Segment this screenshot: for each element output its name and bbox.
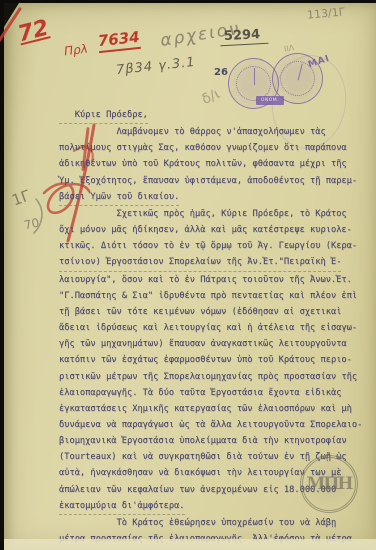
- letter-line: Λαμβάνομεν τὸ θάρρος ν'ἀπασχολήσωμεν τὰς: [59, 124, 326, 140]
- letter-line: πολυτίμους στιγμὰς Σας, καθόσον γνωρίζομ…: [59, 140, 347, 156]
- letter-line: "Γ.Πασπάτης & Σια" ἱδρυθέντα πρὸ πενταετ…: [59, 288, 357, 304]
- letter-line: τῇ βάσει τῶν τότε κειμένων νόμων (ἐδόθησ…: [59, 304, 341, 320]
- watermark-letters: ΜΠΗ: [307, 474, 352, 494]
- stamp-box: ΟΝΟΜ.: [256, 96, 284, 105]
- letter-line: ἐλαιοπαραγωγῆς. Τὰ δύο ταῦτα Ἐργοστάσια …: [59, 385, 341, 401]
- stamp-day: 26: [214, 67, 228, 78]
- pencil-archive-number: 5294: [220, 27, 269, 46]
- letter-line: γῆς τῶν μηχανημάτων) ἔπαυσαν ἀναγκαστικῶ…: [59, 336, 347, 352]
- watermark-tip: c: [327, 451, 331, 460]
- scanned-letter-screenshot: 113/1Γ 72 Πρλ 7634 αρχειον 5294 7β34 γ.3…: [0, 0, 376, 550]
- letter-line: ἄδειαι ἱδρύσεως καὶ λειτουργίας καὶ ἡ ἀτ…: [59, 320, 357, 336]
- letter-line: Τὸ Κράτος ἐθεώρησεν ὑποχρέωσίν του νὰ λά…: [59, 515, 336, 531]
- pencil-squiggle: δ/ι: [199, 86, 222, 108]
- letter-line: ἀπώλειαν τῶν κεφαλαίων των ἀνερχομένων ε…: [59, 482, 336, 498]
- letter-line: κατόπιν τῶν ἐσχάτως ἐφαρμοσθέντων ὑπὸ το…: [59, 352, 352, 368]
- letter-line: βάσει Ὑμῶν τοῦ δικαίου.: [59, 189, 179, 206]
- letter-line: ἐγκαταστάσεις Χημικῆς κατεργασίας τῶν ἐλ…: [59, 401, 352, 417]
- pencil-date-note: 7β34 γ.3.1: [115, 55, 196, 78]
- letter-line: κτικῶς. Διότι τόσον τὸ ἐν τῷ ὅρμῳ τοῦ Ἁγ…: [59, 238, 357, 254]
- letter-line: αὐτὰ, ἠναγκάσθησαν νὰ διακόψωσι τὴν λειτ…: [59, 465, 341, 481]
- letter-line: λαιουργία", ὅσον καὶ τὸ ἐν Πάτραις τοιοῦ…: [59, 272, 352, 288]
- letter-line: (Tourteaux) καὶ νὰ συγκρατηθῶσι διὰ τούτ…: [59, 449, 347, 465]
- red-index-number: 72: [15, 16, 51, 48]
- letter-line: ριστικῶν μέτρων τῆς Σπορελαιομηχανίας πρ…: [59, 369, 357, 385]
- letter-line: ἑκατομμύρια δι'ἀμφότερα.: [59, 498, 185, 515]
- scan-bottom-edge: [4, 539, 376, 550]
- paper: 113/1Γ 72 Πρλ 7634 αρχειον 5294 7β34 γ.3…: [4, 3, 376, 550]
- archive-watermark: c ΜΠΗ: [300, 455, 358, 513]
- letter-line: Ὑμ. Ἐξοχότητος, ἔπαυσαν ὑφιστάμενα, ἀποδ…: [59, 173, 357, 189]
- letter-line: δυνάμενα νὰ παραγάγωσι ὡς τὰ ἄλλα λειτου…: [59, 417, 362, 433]
- letter-line: ὄχι μόνον μᾶς ἠδίκησεν, ἀλλὰ καὶ μᾶς κατ…: [59, 222, 352, 238]
- red-protocol-label: Πρλ: [63, 42, 88, 59]
- red-protocol-number: 7634: [97, 28, 141, 53]
- stamp-hand-mark: [254, 68, 256, 86]
- letter-line: Κύριε Πρόεδρε,: [59, 107, 148, 124]
- corner-archive-ref: 113/1Γ: [307, 5, 346, 21]
- letter-line: βιομηχανικὰ Ἐργοστάσια ὑπολείμματα διὰ τ…: [59, 433, 347, 449]
- letter-line: ἀδικηθέντων ὑπὸ τοῦ Κράτους πολιτῶν, φθά…: [59, 156, 347, 172]
- letter-line: Σχετικῶς πρὸς ἡμᾶς, Κύριε Πρόεδρε, τὸ Κρ…: [59, 206, 347, 222]
- letter-line: τσίνιον) Ἐργοστάσιον Σπορελαίων τῆς Ἀν.Ἑ…: [59, 254, 341, 271]
